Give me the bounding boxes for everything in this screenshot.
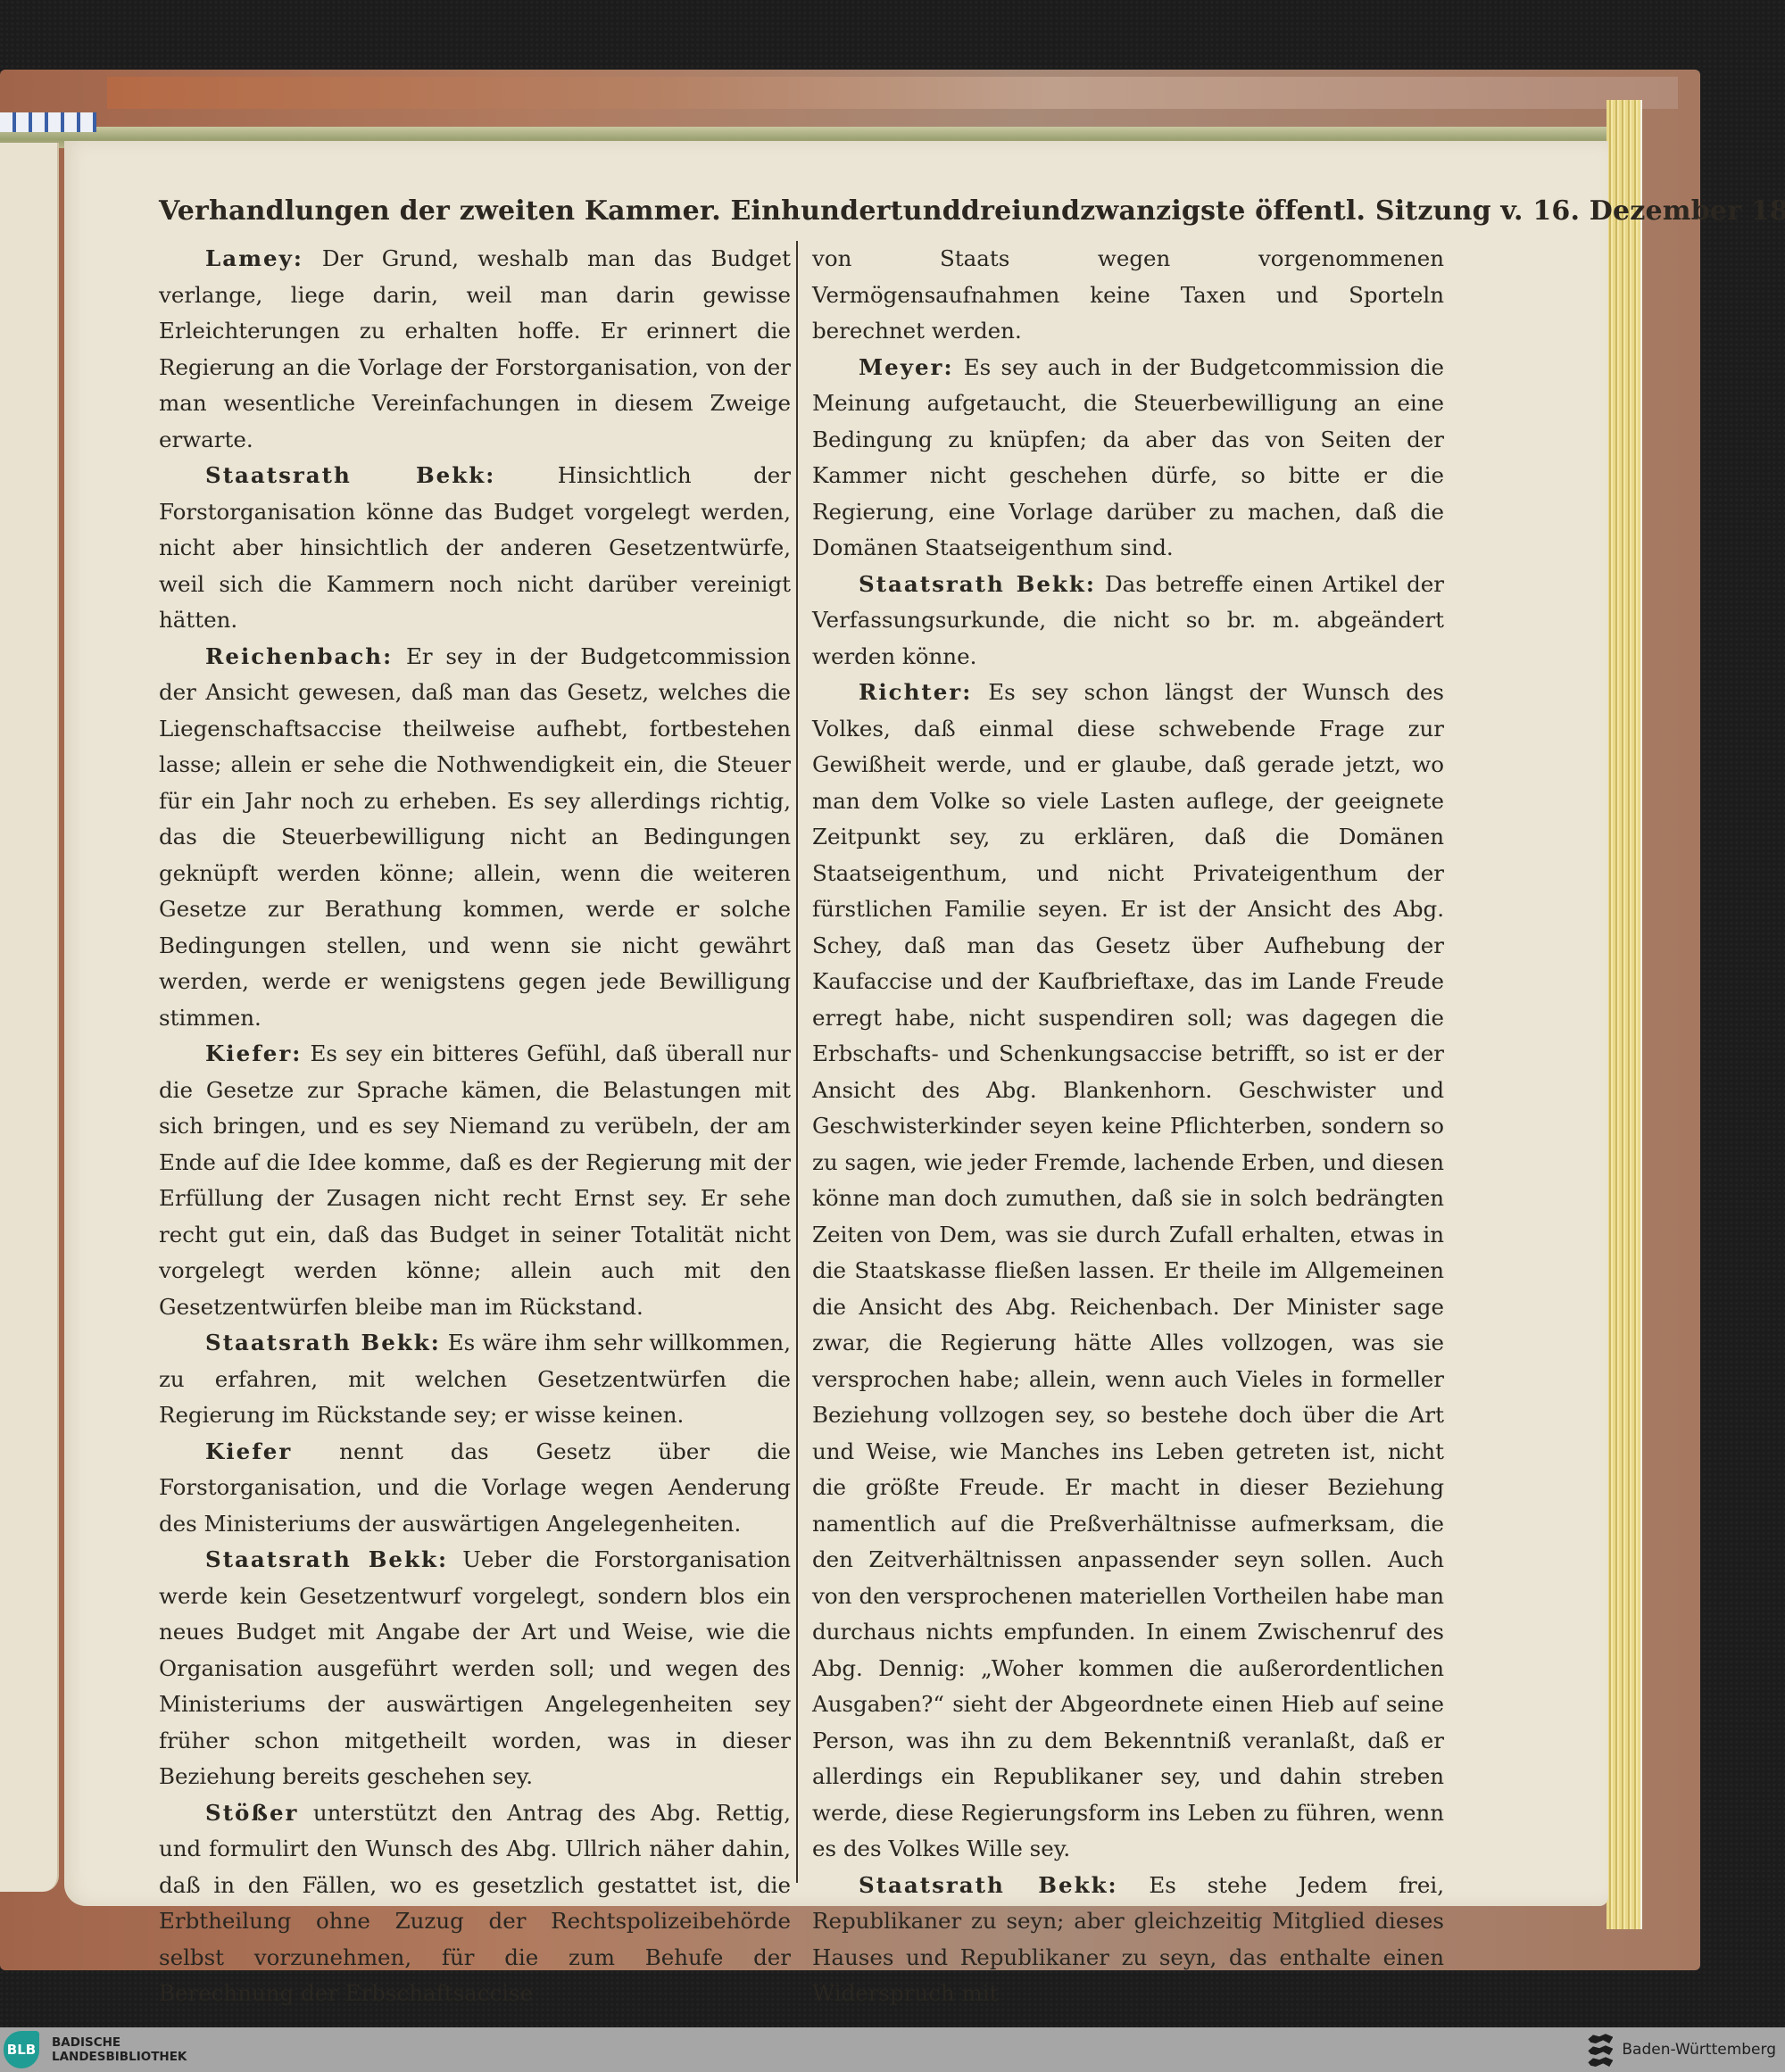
- paragraph: Kiefer nennt das Gesetz über die Forstor…: [159, 1434, 791, 1543]
- paragraph: Kiefer: Es sey ein bitteres Gefühl, daß …: [159, 1036, 791, 1325]
- baden-wuerttemberg-logo: Baden-Württemberg: [1588, 2033, 1776, 2067]
- paragraph: Meyer: Es sey auch in der Budgetcommissi…: [812, 350, 1444, 567]
- column-rule: [796, 241, 798, 1883]
- text-columns: Lamey: Der Grund, weshalb man das Budget…: [159, 241, 1444, 1883]
- blb-logo: BLB BADISCHE LANDESBIBLIOTHEK: [4, 2031, 187, 2068]
- paragraph-text: unterstützt den Antrag des Abg. Rettig, …: [159, 1800, 791, 2007]
- paragraph-text: Ueber die Forstorganisation werde kein G…: [159, 1546, 791, 1789]
- paragraph: Reichenbach: Er sey in der Budgetcommiss…: [159, 639, 791, 1037]
- paragraph: Staatsrath Bekk: Es wäre ihm sehr willko…: [159, 1325, 791, 1434]
- page-fore-edge: [1606, 100, 1642, 1929]
- paragraph: Staatsrath Bekk: Hinsichtlich der Forsto…: [159, 458, 791, 639]
- speaker-name: Meyer:: [859, 354, 953, 380]
- paragraph-text: Es sey auch in der Budgetcommission die …: [812, 354, 1444, 561]
- speaker-name: Richter:: [859, 679, 972, 705]
- lion-icon: [1588, 2044, 1613, 2055]
- speaker-name: Lamey:: [205, 245, 303, 271]
- book-cover-top-band: [107, 77, 1678, 109]
- speaker-name: Kiefer: [205, 1438, 292, 1464]
- left-column: Lamey: Der Grund, weshalb man das Budget…: [159, 241, 791, 2012]
- paragraph: Staatsrath Bekk: Ueber die Forstorganisa…: [159, 1542, 791, 1795]
- speaker-name: Staatsrath Bekk:: [205, 1546, 448, 1572]
- paragraph: Stößer unterstützt den Antrag des Abg. R…: [159, 1795, 791, 2012]
- running-head: Verhandlungen der zweiten Kammer. Einhun…: [159, 192, 1444, 228]
- paragraph-text: von Staats wegen vorgenommenen Vermögens…: [812, 245, 1444, 344]
- paragraph-text: Es sey schon längst der Wunsch des Volke…: [812, 679, 1444, 1861]
- footer-bar: BLB BADISCHE LANDESBIBLIOTHEK Baden-Würt…: [0, 2027, 1785, 2072]
- lion-icon: [1588, 2033, 1613, 2043]
- right-column: von Staats wegen vorgenommenen Vermögens…: [812, 241, 1444, 2012]
- speaker-name: Reichenbach:: [205, 643, 393, 669]
- three-lions-coat-of-arms-icon: [1588, 2033, 1613, 2067]
- speaker-name: Staatsrath Bekk:: [859, 571, 1096, 597]
- running-head-title: Verhandlungen der zweiten Kammer. Einhun…: [159, 195, 1785, 227]
- blb-logo-line1: BADISCHE: [52, 2035, 187, 2050]
- speaker-name: Stößer: [205, 1800, 298, 1826]
- left-page-edge: [0, 143, 59, 1892]
- blb-logo-line2: LANDESBIBLIOTHEK: [52, 2050, 187, 2064]
- paragraph: Richter: Es sey schon längst der Wunsch …: [812, 675, 1444, 1868]
- blb-logo-mark: BLB: [4, 2031, 39, 2068]
- paragraph: Staatsrath Bekk: Das betreffe einen Arti…: [812, 567, 1444, 675]
- paragraph: Lamey: Der Grund, weshalb man das Budget…: [159, 241, 791, 458]
- lion-icon: [1588, 2056, 1613, 2067]
- paragraph: Staatsrath Bekk: Es stehe Jedem frei, Re…: [812, 1868, 1444, 2012]
- paragraph-text: Der Grund, weshalb man das Budget verlan…: [159, 245, 791, 452]
- baden-wuerttemberg-label: Baden-Württemberg: [1622, 2041, 1776, 2059]
- headband: [0, 112, 96, 132]
- paragraph-text: Es sey ein bitteres Gefühl, daß überall …: [159, 1040, 791, 1320]
- paragraph-continuation: von Staats wegen vorgenommenen Vermögens…: [812, 241, 1444, 350]
- paragraph-text: Er sey in der Budgetcommission der Ansic…: [159, 643, 791, 1031]
- speaker-name: Staatsrath Bekk:: [205, 1330, 441, 1355]
- speaker-name: Staatsrath Bekk:: [859, 1872, 1118, 1898]
- speaker-name: Kiefer:: [205, 1040, 302, 1066]
- speaker-name: Staatsrath Bekk:: [205, 462, 495, 488]
- blb-logo-text: BADISCHE LANDESBIBLIOTHEK: [52, 2035, 187, 2064]
